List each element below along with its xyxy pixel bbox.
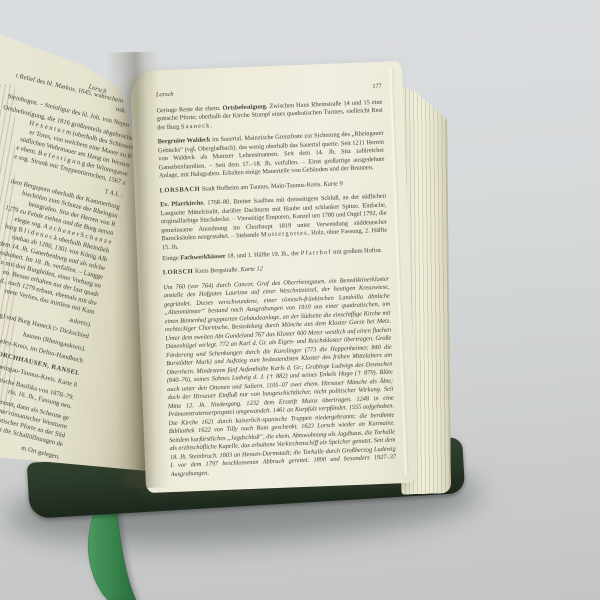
- bergruine-waldeck-paragraph: Bergruine Waldeck im Sauertal. Mainzisch…: [158, 130, 385, 181]
- running-head: Lorsch: [156, 91, 174, 100]
- ev-pfarrkirche-paragraph: Ev. Pfarrkirche. 1768–80. Breiter Saalba…: [160, 193, 388, 253]
- lorsbach-entry-heading: LORSBACH Stadt Hofheim am Taunus, Main-T…: [159, 178, 385, 195]
- lorsch-entry-heading: LORSCH Kreis Bergstraße. Karte 12: [163, 261, 389, 278]
- page-number: 177: [372, 83, 382, 92]
- right-page: Lorsch 177 Geringe Reste der ehem. Ortsb…: [130, 61, 418, 493]
- ortsbefestigung-paragraph: Geringe Reste der ehem. Ortsbefestigung.…: [156, 98, 383, 132]
- photo-background: Lorsch t Relief des hl. Markus, 1645, wa…: [0, 0, 600, 600]
- right-page-text: Lorsch 177 Geringe Reste der ehem. Ortsb…: [156, 83, 397, 478]
- lorsch-history-paragraph: Um 760 (vor 764) durch Cancor, Graf des …: [163, 275, 396, 478]
- page-header: Lorsch 177: [156, 83, 382, 100]
- left-page-text: t Relief des hl. Markus, 1645, wahrschei…: [0, 46, 145, 461]
- page-body: Geringe Reste der ehem. Ortsbefestigung.…: [156, 98, 396, 478]
